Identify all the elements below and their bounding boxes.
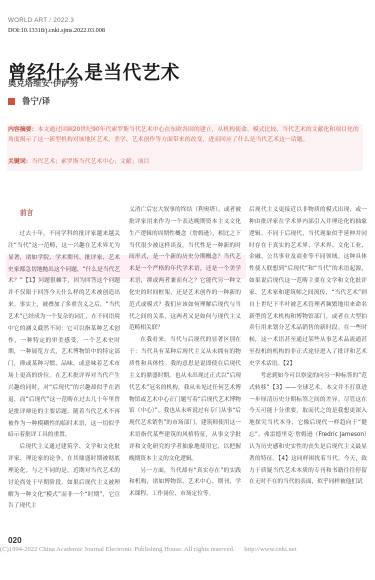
paragraph: 另一方面，当代却有“真实存在”的实践和机构，诸如博物馆、艺术中心、期刊、学术课程… (129, 466, 241, 502)
copyright-text: (C)1994-2022 China Academic Journal Elec… (0, 546, 235, 553)
body-column-3: 后现代主义更接近以非物质的模式出现，或一种由批评家在学术界内部引入并理论化的抽象… (249, 205, 367, 489)
page-number: 020 (8, 536, 22, 545)
abstract: 内容摘要：本文通过回顾20世纪90年代索罗斯当代艺术中心在东欧各国的建立，从机构… (8, 125, 360, 146)
translator-name: 鲁宁/译 (22, 95, 50, 107)
doi[interactable]: DOI:10.13318/j.cnki.sjms.2022.03.008 (8, 27, 105, 34)
keywords-label: 关键词： (8, 159, 32, 165)
section-heading: 前言 (20, 207, 33, 217)
abstract-text: 本文通过回顾20世纪90年代索罗斯当代艺术中心在东欧各国的建立，从机构使命、模式… (8, 127, 359, 143)
copyright-line: (C)1994-2022 China Academic Journal Elec… (0, 546, 297, 553)
translator: 鲁宁/译 (8, 95, 50, 107)
journal-page: WORLD ART / 2022.3 DOI:10.13318/j.cnki.s… (0, 0, 375, 580)
paragraph: 后现代主义更接近以非物质的模式出现，或一种由批评家在学术界内部引入并理论化的抽象… (249, 205, 367, 371)
paragraph: 考虑到如今可以察觉的向另一种标签的“范式转移”【3】——全球艺术，本文并不打算进… (249, 371, 367, 489)
journal-issue: 2022.3 (53, 17, 74, 24)
journal-header: WORLD ART / 2022.3 (8, 17, 74, 24)
body-column-2: 义消亡后宏大叙事的终结（利奥塔），或者被批评家用来作为一个表达晚期资本主义文化生… (129, 205, 241, 501)
abstract-label: 内容摘要： (8, 127, 37, 133)
square-bullet-icon (8, 98, 15, 105)
body-column-1: 过去十年，不同学科的批评家越来越关注“当代”这一范畴，这一兴趣在艺术界尤为显著，… (8, 229, 120, 513)
author: 奥克塔维安·伊萨努 (8, 77, 78, 89)
paragraph: 后现代主义通过建筑学、文学和文化批评家、理论家的论争，在其鼎盛时期被彻底理论化。… (8, 442, 120, 513)
keywords-text: 当代艺术；索罗斯当代艺术中心；文献；项目 (32, 159, 150, 165)
cnki-link[interactable]: http://www.cnki.net (244, 546, 296, 553)
paragraph: 在我看来，当代与后现代的显著区别在于：当代具有某种后现代主义从未拥有的物质性和具… (129, 335, 241, 465)
paragraph: 义消亡后宏大叙事的终结（利奥塔），或者被批评家用来作为一个表达晚期资本主义文化生… (129, 205, 241, 335)
journal-name: WORLD ART (8, 17, 47, 24)
paragraph: 过去十年，不同学科的批评家越来越关注“当代”这一范畴，这一兴趣在艺术界尤为显著，… (8, 229, 120, 442)
keywords: 关键词：当代艺术；索罗斯当代艺术中心；文献；项目 (8, 156, 149, 165)
